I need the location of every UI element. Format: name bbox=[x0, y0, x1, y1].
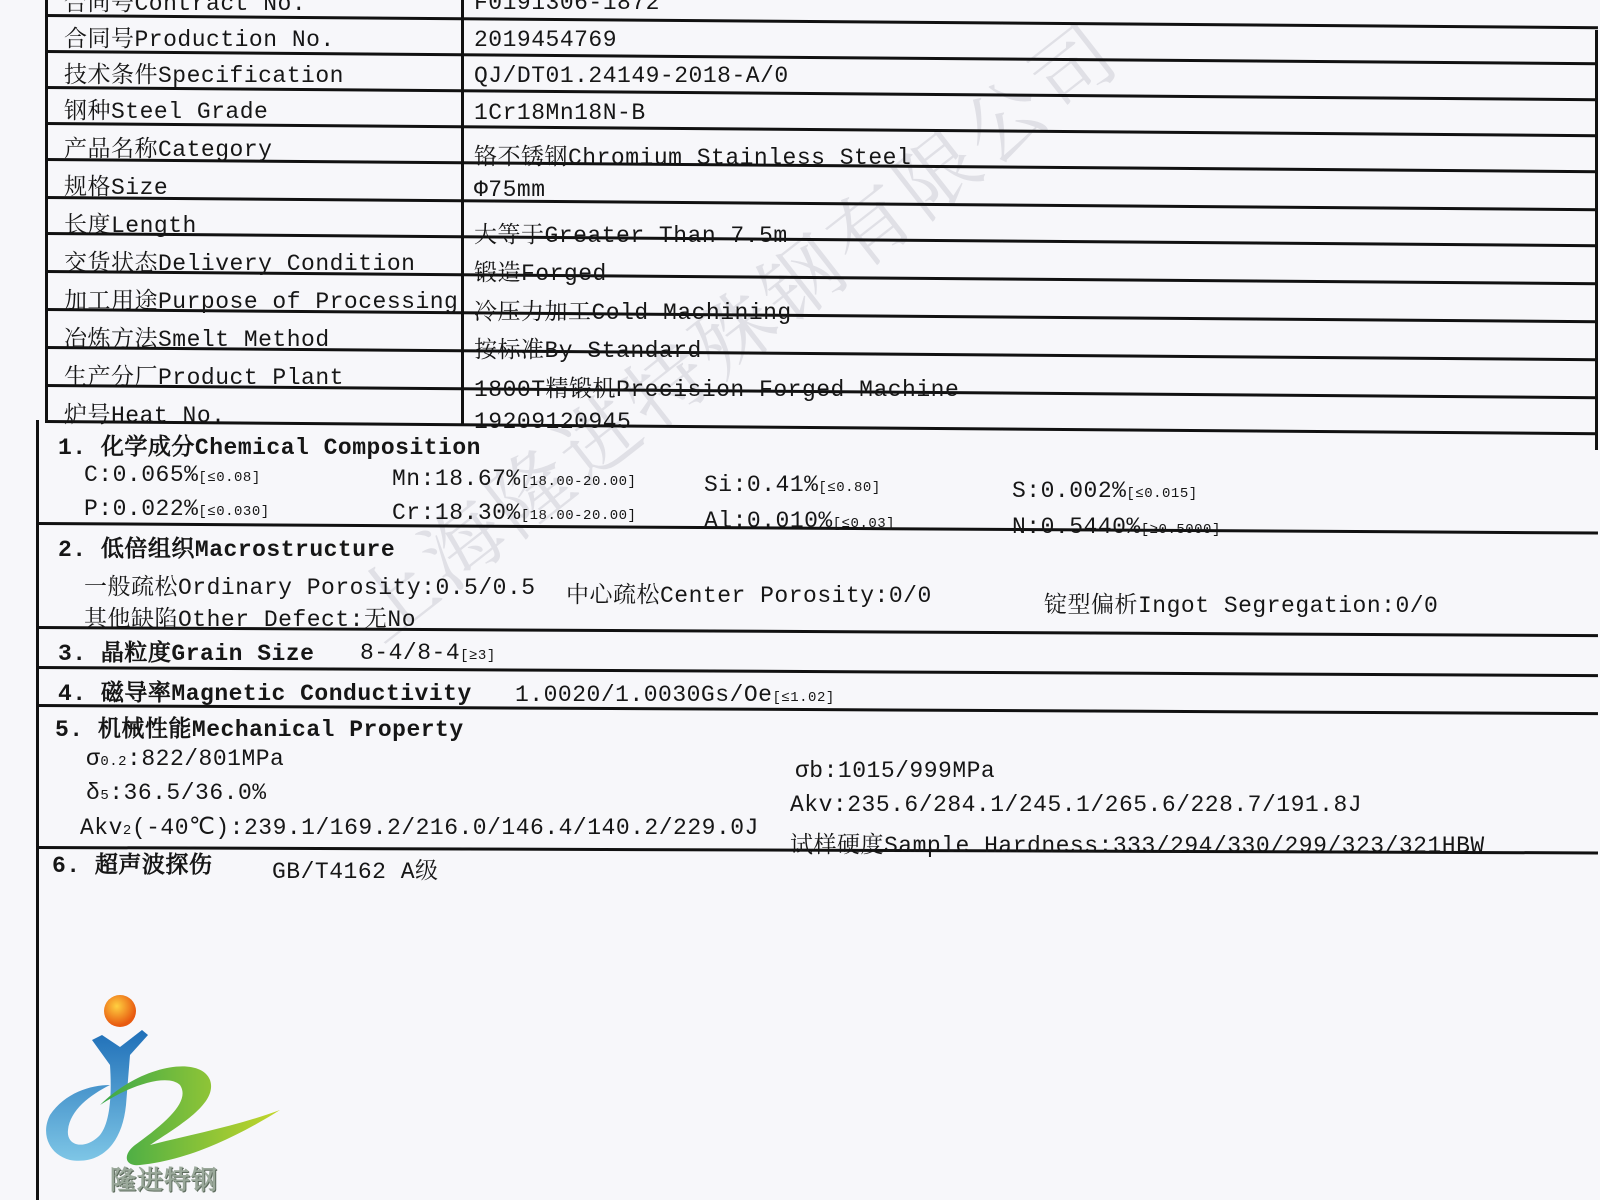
yield-strength: σ0.2:822/801MPa bbox=[86, 746, 284, 772]
impact-value: Akv:235.6/284.1/245.1/265.6/228.7/191.8J bbox=[790, 792, 1362, 818]
chem-element: Si:0.41%[≤0.80] bbox=[704, 472, 881, 498]
chem-element: N:0.5440%[≥0.5000] bbox=[1012, 514, 1221, 540]
elongation-value: :36.5/36.0% bbox=[109, 780, 266, 806]
sample-hardness: 试样硬度Sample Hardness:333/294/330/299/323/… bbox=[790, 826, 1485, 859]
row-value: 2019454769 bbox=[474, 27, 617, 53]
row-value: 锻造Forged bbox=[474, 254, 607, 287]
chem-limit: [≤0.08] bbox=[198, 470, 260, 486]
ultrasonic-value: GB/T4162 A级 bbox=[272, 852, 439, 885]
chem-element: Mn:18.67%[18.00-20.00] bbox=[392, 466, 636, 492]
chem-limit: [≥0.5000] bbox=[1141, 522, 1221, 538]
chem-limit: [≤0.015] bbox=[1126, 486, 1197, 502]
row-label: 交货状态Delivery Condition bbox=[64, 244, 415, 277]
chem-limit: [18.00-20.00] bbox=[521, 474, 637, 490]
magnetic-value: 1.0020/1.0030Gs/Oe[≤1.02] bbox=[515, 682, 835, 708]
chemical-section-title: 1. 化学成分Chemical Composition bbox=[58, 428, 481, 461]
chem-limit: [≤0.030] bbox=[198, 504, 269, 520]
row-value: Φ75mm bbox=[474, 177, 546, 203]
grain-size-limit: [≥3] bbox=[460, 648, 496, 664]
akv2-subscript: 2 bbox=[123, 823, 132, 839]
row-label: 技术条件Specification bbox=[64, 56, 344, 89]
yield-strength-value: :822/801MPa bbox=[127, 746, 284, 772]
row-value: 铬不锈钢Chromium Stainless Steel bbox=[474, 138, 911, 171]
row-label: 加工用途Purpose of Processing bbox=[64, 282, 458, 315]
center-porosity: 中心疏松Center Porosity:0/0 bbox=[566, 576, 932, 609]
sigma-symbol: σ bbox=[86, 746, 100, 772]
chem-element: P:0.022%[≤0.030] bbox=[84, 496, 270, 522]
mechanical-section-title: 5. 机械性能Mechanical Property bbox=[55, 710, 464, 743]
ordinary-porosity: 一般疏松Ordinary Porosity:0.5/0.5 bbox=[84, 568, 536, 601]
left-border bbox=[45, 0, 48, 420]
column-divider bbox=[461, 0, 464, 425]
jz-logo-icon bbox=[30, 985, 290, 1185]
logo-text: 隆进特钢 bbox=[110, 1160, 218, 1197]
elongation: δ5:36.5/36.0% bbox=[86, 780, 267, 806]
chem-value: Cr:18.30% bbox=[392, 500, 521, 526]
chem-value: C:0.065% bbox=[84, 462, 198, 488]
certificate-sheet: 上海隆进特殊钢有限公司 合同号Contract No.F0191306-1872… bbox=[0, 0, 1600, 1200]
impact-low-temp: Akv2(-40℃):239.1/169.2/216.0/146.4/140.2… bbox=[80, 814, 759, 841]
other-defect: 其他缺陷Other Defect:无No bbox=[84, 600, 416, 633]
row-label: 炉号Heat No. bbox=[64, 396, 225, 429]
row-value: 19209120945 bbox=[474, 409, 631, 435]
row-label: 长度Length bbox=[64, 206, 197, 239]
grain-value: 8-4/8-4[≥3] bbox=[360, 640, 496, 666]
company-logo: 隆进特钢 bbox=[30, 985, 290, 1200]
grain-size-value: 8-4/8-4 bbox=[360, 640, 460, 666]
akv2-value: (-40℃):239.1/169.2/216.0/146.4/140.2/229… bbox=[132, 815, 759, 841]
row-value: 冷压力加工Cold Machining bbox=[474, 293, 792, 326]
ingot-segregation: 锭型偏析Ingot Segregation:0/0 bbox=[1044, 586, 1438, 619]
row-label: 合同号Contract No. bbox=[64, 0, 306, 17]
row-value: 1Cr18Mn18N-B bbox=[474, 100, 646, 126]
sigma-subscript: 0.2 bbox=[100, 754, 127, 770]
row-value: 按标准By Standard bbox=[474, 331, 702, 364]
grain-section-title: 3. 晶粒度Grain Size bbox=[58, 634, 314, 667]
delta-symbol: δ bbox=[86, 780, 100, 806]
row-value: F0191306-1872 bbox=[474, 0, 660, 16]
ultrasonic-section-title: 6. 超声波探伤 bbox=[52, 846, 212, 879]
chem-value: Al:0.010% bbox=[704, 508, 833, 534]
magnetic-limit: [≤1.02] bbox=[772, 690, 834, 706]
row-label: 钢种Steel Grade bbox=[64, 92, 268, 125]
chem-element: S:0.002%[≤0.015] bbox=[1012, 478, 1198, 504]
row-label: 生产分厂Product Plant bbox=[64, 358, 344, 391]
row-label: 规格Size bbox=[64, 168, 168, 201]
company-watermark: 上海隆进特殊钢有限公司 bbox=[325, 0, 1141, 663]
akv2-prefix: Akv bbox=[80, 815, 123, 841]
chem-value: Si:0.41% bbox=[704, 472, 818, 498]
table-rule bbox=[45, 196, 1598, 211]
right-border bbox=[1595, 30, 1598, 450]
chem-value: N:0.5440% bbox=[1012, 514, 1141, 540]
delta-subscript: 5 bbox=[100, 788, 109, 804]
table-rule bbox=[45, 122, 1598, 137]
macro-section-title: 2. 低倍组织Macrostructure bbox=[58, 530, 395, 563]
chem-limit: [18.00-20.00] bbox=[521, 508, 637, 524]
row-label: 产品名称Category bbox=[64, 130, 272, 163]
chem-limit: [≤0.03] bbox=[833, 516, 895, 532]
chem-element: Cr:18.30%[18.00-20.00] bbox=[392, 500, 636, 526]
chem-element: Al:0.010%[≤0.03] bbox=[704, 508, 895, 534]
magnetic-conductivity-value: 1.0020/1.0030Gs/Oe bbox=[515, 682, 772, 708]
chem-value: P:0.022% bbox=[84, 496, 198, 522]
magnetic-section-title: 4. 磁导率Magnetic Conductivity bbox=[58, 674, 472, 707]
row-label: 合同号Production No. bbox=[64, 20, 335, 53]
row-value: 1800T精锻机Precision Forged Machine bbox=[474, 370, 959, 403]
chem-element: C:0.065%[≤0.08] bbox=[84, 462, 261, 488]
tensile-strength: σb:1015/999MPa bbox=[795, 758, 995, 784]
row-label: 冶炼方法Smelt Method bbox=[64, 320, 330, 353]
chem-limit: [≤0.80] bbox=[818, 480, 880, 496]
row-value: 大等于Greater Than 7.5m bbox=[474, 216, 788, 249]
chem-value: S:0.002% bbox=[1012, 478, 1126, 504]
chem-value: Mn:18.67% bbox=[392, 466, 521, 492]
row-value: QJ/DT01.24149-2018-A/0 bbox=[474, 63, 789, 89]
